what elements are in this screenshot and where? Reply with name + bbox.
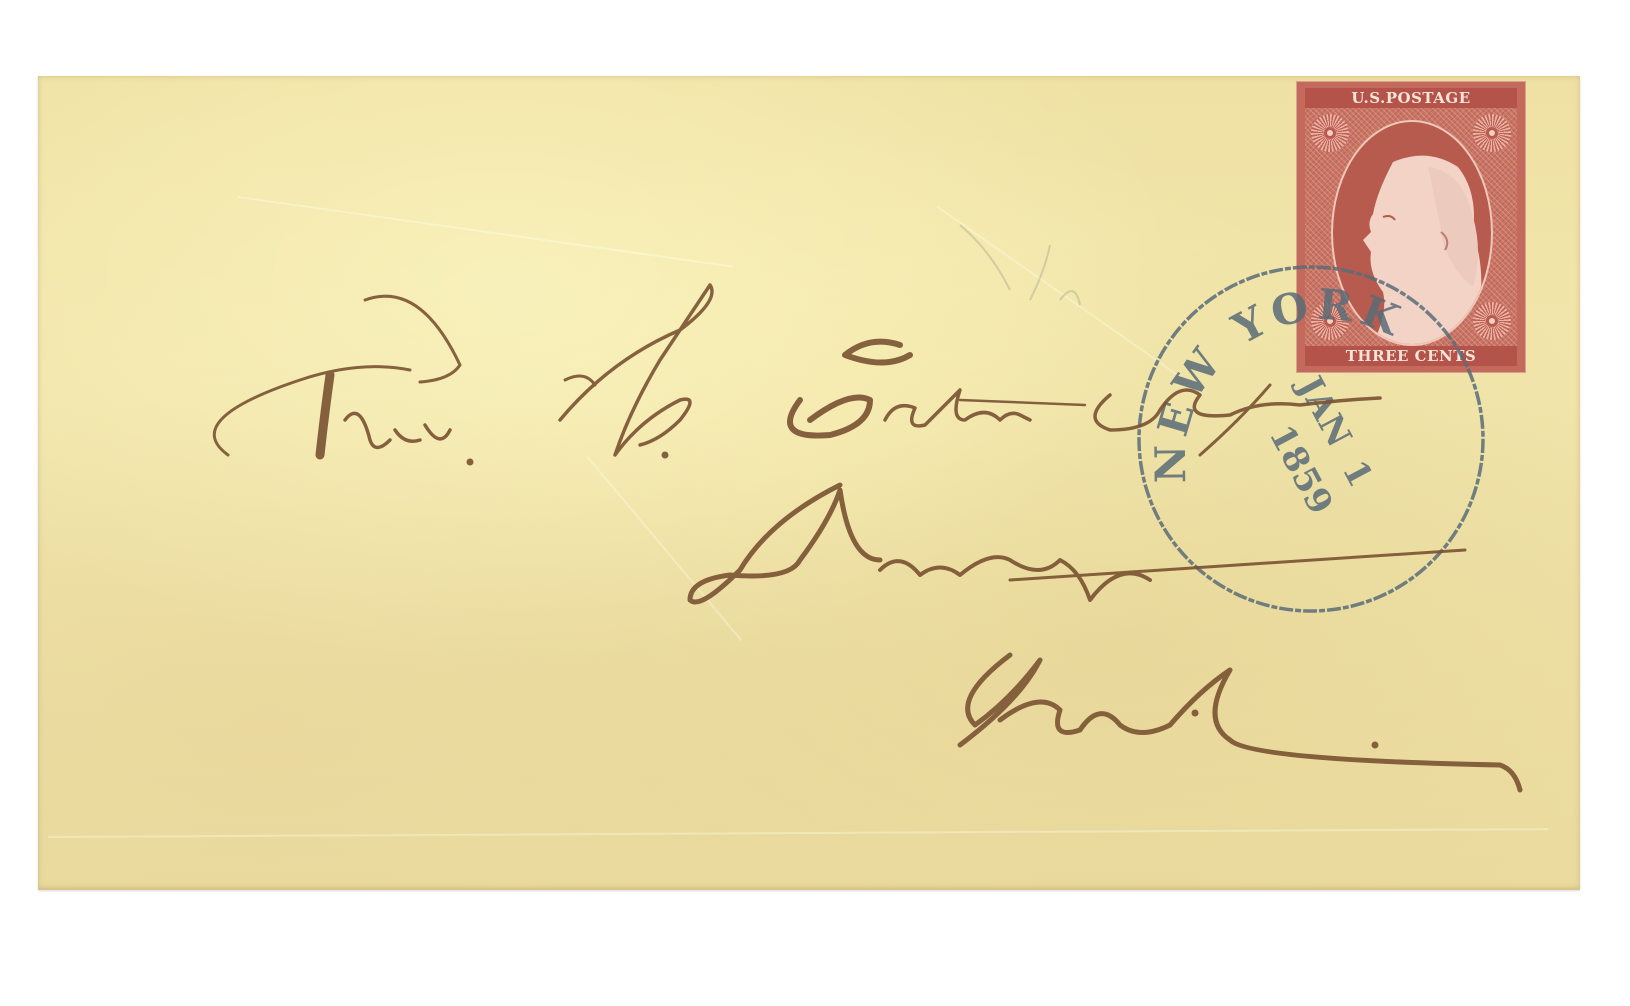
stamp-bottom-text: THREE CENTS <box>1305 346 1517 366</box>
postage-stamp: U.S.POSTAGE THREE CENTS <box>1297 82 1525 372</box>
paper-crease <box>937 206 1184 380</box>
stamp-design: U.S.POSTAGE THREE CENTS <box>1305 88 1517 366</box>
stamp-perforation <box>1292 82 1298 372</box>
paper-crease <box>238 196 733 268</box>
paper-crease <box>48 828 1548 838</box>
paper-crease <box>586 456 742 641</box>
portrait-oval <box>1333 122 1491 344</box>
stamp-top-text: U.S.POSTAGE <box>1305 88 1517 108</box>
washington-portrait <box>1333 122 1491 344</box>
